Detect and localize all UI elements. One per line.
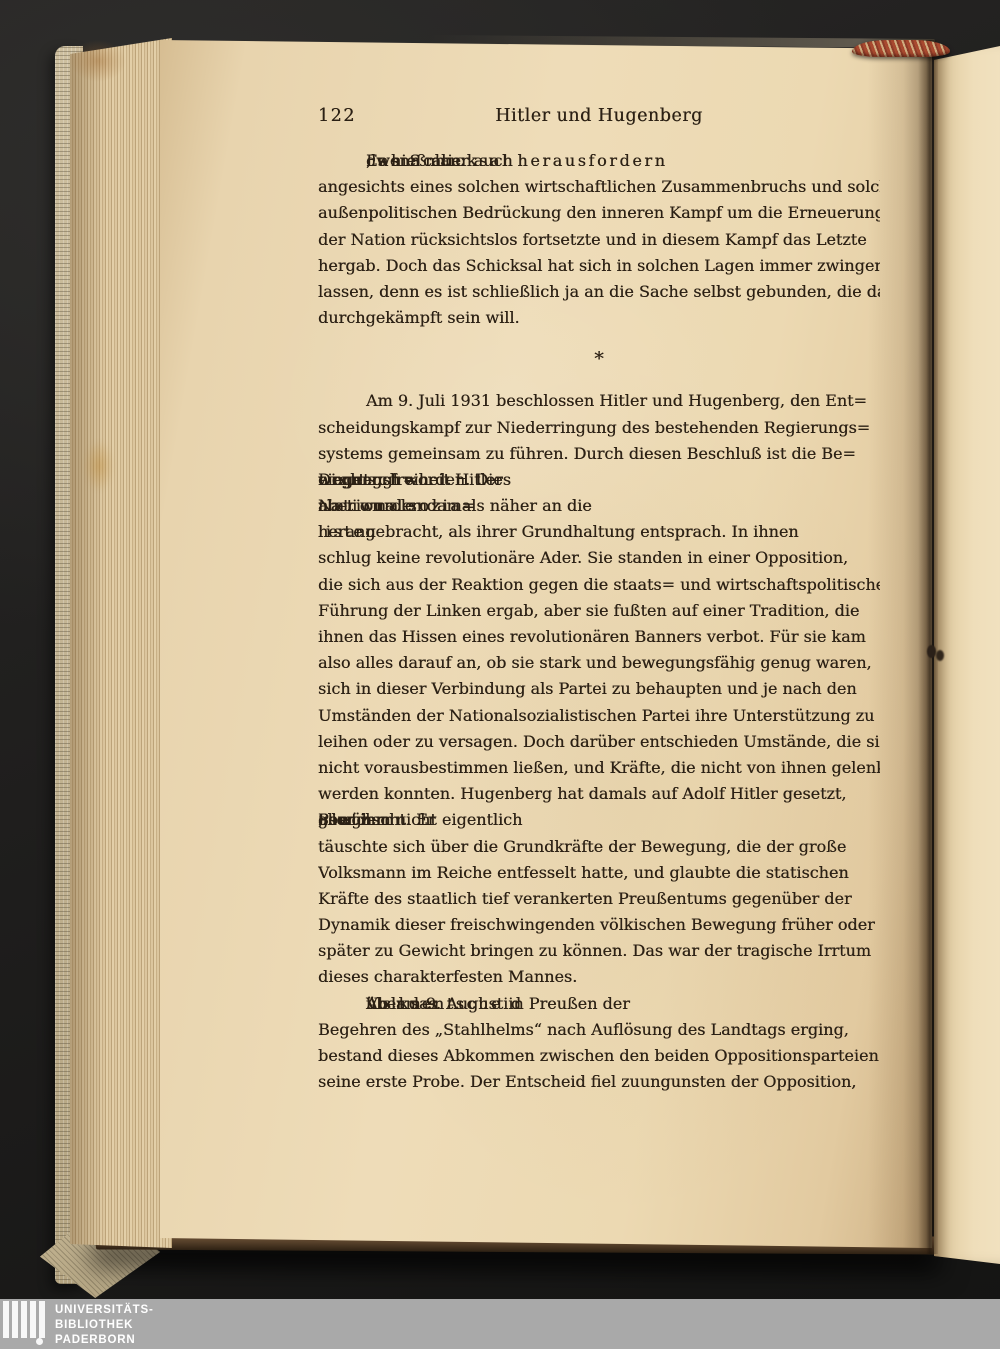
page-stack-edge (70, 36, 172, 1250)
text-segment: nicht vorausbestimmen ließen, und Kräfte… (318, 755, 880, 781)
logo-text-line: UNIVERSITÄTS- (55, 1303, 154, 1318)
text-line: seine erste Probe. Der Entscheid fiel zu… (318, 1069, 880, 1095)
text-segment: hergab. Doch das Schicksal hat sich in s… (318, 253, 880, 279)
text-line: Als am 9. August in Preußen der Volksent… (318, 991, 880, 1017)
logo-dot (36, 1338, 43, 1345)
text-line: Umständen der Nationalsozialistischen Pa… (318, 703, 880, 729)
text-segment: werden konnten. Hugenberg hat damals auf… (318, 781, 846, 807)
text-line: bestand dieses Abkommen zwischen den bei… (318, 1043, 880, 1069)
section-divider: * (318, 331, 880, 388)
logo-bar (30, 1301, 36, 1338)
text-segment: außenpolitischen Bedrückung den inneren … (318, 200, 880, 226)
text-segment: gewünscht. Er (318, 807, 435, 833)
text-segment: schlug keine revolutionäre Ader. Sie sta… (318, 545, 848, 571)
text-line: ihnen das Hissen eines revolutionären Ba… (318, 624, 880, 650)
text-line: nationalen aber wurden damals näher an d… (318, 493, 880, 519)
text-line: nicht vorausbestimmen ließen, und Kräfte… (318, 755, 880, 781)
running-header: Hitler und Hugenberg (495, 106, 703, 126)
text-line: aber ihm nicht eigentlich Sieg, sondern … (318, 807, 880, 833)
text-segment: also alles darauf an, ob sie stark und b… (318, 650, 872, 676)
text-segment: täuschte sich über die Grundkräfte der B… (318, 834, 846, 860)
text-segment: später zu Gewicht bringen zu können. Das… (318, 938, 871, 964)
library-logo-text: UNIVERSITÄTS- BIBLIOTHEK PADERBORN (55, 1303, 154, 1348)
text-segment: der Nation rücksichtslos fortsetzte und … (318, 227, 867, 253)
text-segment: lassen, denn es ist schließlich ja an di… (318, 279, 880, 305)
text-line: die sich aus der Reaktion gegen die staa… (318, 572, 880, 598)
library-logo-icon (3, 1301, 53, 1347)
text-segment: Dynamik dieser freischwingenden völkisch… (318, 912, 875, 938)
logo-bar (3, 1301, 9, 1338)
text-line: leihen oder zu versagen. Doch darüber en… (318, 729, 880, 755)
text-line: Führung der Linken ergab, aber sie fußte… (318, 598, 880, 624)
text-line: täuschte sich über die Grundkräfte der B… (318, 834, 880, 860)
text-segment: leihen oder zu versagen. Doch darüber en… (318, 729, 880, 755)
page-number: 122 (318, 106, 356, 126)
emphasized-text-segment: Nationalsozia= (318, 493, 478, 519)
text-line: später zu Gewicht bringen zu können. Das… (318, 938, 880, 964)
text-segment: angesichts eines solchen wirtschaftliche… (318, 174, 880, 200)
text-line: werden konnten. Hugenberg hat damals auf… (318, 781, 880, 807)
text-segment: Am 9. Juli 1931 beschlossen Hitler und H… (342, 388, 867, 414)
facing-page-edge (934, 42, 1000, 1264)
text-line: wegungsfreiheit Hitlers nicht eingeengt … (318, 467, 880, 493)
text-segment: Begehren des „Stahlhelms“ nach Auflösung… (318, 1017, 849, 1043)
text-line: listen herangebracht, als ihrer Grundhal… (318, 519, 880, 545)
library-footer-bar: UNIVERSITÄTS- BIBLIOTHEK PADERBORN (0, 1299, 1000, 1349)
text-line: systems gemeinsam zu führen. Durch diese… (318, 441, 880, 467)
text-segment: systems gemeinsam zu führen. Durch diese… (318, 441, 856, 467)
text-line: Dynamik dieser freischwingenden völkisch… (318, 912, 880, 938)
text-line: also alles darauf an, ob sie stark und b… (318, 650, 880, 676)
text-segment: durchgekämpft sein will. (318, 305, 520, 331)
text-line: Kräfte des staatlich tief verankerten Pr… (318, 886, 880, 912)
emphasized-text-segment: Deutsch= (318, 467, 419, 493)
text-line: schlug keine revolutionäre Ader. Sie sta… (318, 545, 880, 571)
text-segment: die sich aus der Reaktion gegen die staa… (318, 572, 880, 598)
text-segment: Führung der Linken ergab, aber sie fußte… (318, 598, 859, 624)
text-line: Begehren des „Stahlhelms“ nach Auflösung… (318, 1017, 880, 1043)
text-segment: sich in dieser Verbindung als Partei zu … (318, 676, 857, 702)
page-stain (84, 440, 114, 492)
text-segment: seine erste Probe. Der Entscheid fiel zu… (318, 1069, 856, 1095)
text-line: angesichts eines solchen wirtschaftliche… (318, 174, 880, 200)
text-segment: herangebracht, als ihrer Grundhaltung en… (318, 519, 799, 545)
text-segment: scheidungskampf zur Niederringung des be… (318, 415, 870, 441)
gutter-speck (927, 645, 936, 658)
text-line: außenpolitischen Bedrückung den inneren … (318, 200, 880, 226)
text-line: scheidungskampf zur Niederringung des be… (318, 415, 880, 441)
text-segment: Kräfte des staatlich tief verankerten Pr… (318, 886, 852, 912)
logo-bar (21, 1301, 27, 1338)
text-segment: Umständen der Nationalsozialistischen Pa… (318, 703, 874, 729)
text-line: Es hieß aber auch das Schicksal herausfo… (318, 148, 880, 174)
text-segment: über das (342, 991, 437, 1017)
page-text-body: Es hieß aber auch das Schicksal herausfo… (318, 148, 880, 1095)
page-content: 122 Hitler und Hugenberg Es hieß aber au… (318, 106, 880, 1095)
text-segment: ihnen das Hissen eines revolutionären Ba… (318, 624, 866, 650)
text-segment: Volksmann im Reiche entfesselt hatte, un… (318, 860, 849, 886)
text-line: dieses charakterfesten Mannes. (318, 964, 880, 990)
text-segment: , wenn man (342, 148, 460, 174)
text-line: Am 9. Juli 1931 beschlossen Hitler und H… (318, 388, 880, 414)
text-segment: dieses charakterfesten Mannes. (318, 964, 577, 990)
logo-bar (39, 1301, 45, 1338)
book-headband (852, 40, 950, 57)
text-line: hergab. Doch das Schicksal hat sich in s… (318, 253, 880, 279)
gutter-speck (936, 650, 944, 661)
logo-bar (12, 1301, 18, 1338)
text-line: durchgekämpft sein will. (318, 305, 880, 331)
text-line: lassen, denn es ist schließlich ja an di… (318, 279, 880, 305)
logo-text-line: BIBLIOTHEK (55, 1318, 154, 1333)
text-line: der Nation rücksichtslos fortsetzte und … (318, 227, 880, 253)
page-stack-discoloration (70, 40, 140, 110)
text-segment: bestand dieses Abkommen zwischen den bei… (318, 1043, 879, 1069)
page-header: 122 Hitler und Hugenberg (318, 106, 880, 130)
scan-background: 122 Hitler und Hugenberg Es hieß aber au… (0, 0, 1000, 1349)
text-line: sich in dieser Verbindung als Partei zu … (318, 676, 880, 702)
logo-text-line: PADERBORN (55, 1333, 154, 1348)
text-line: Volksmann im Reiche entfesselt hatte, un… (318, 860, 880, 886)
